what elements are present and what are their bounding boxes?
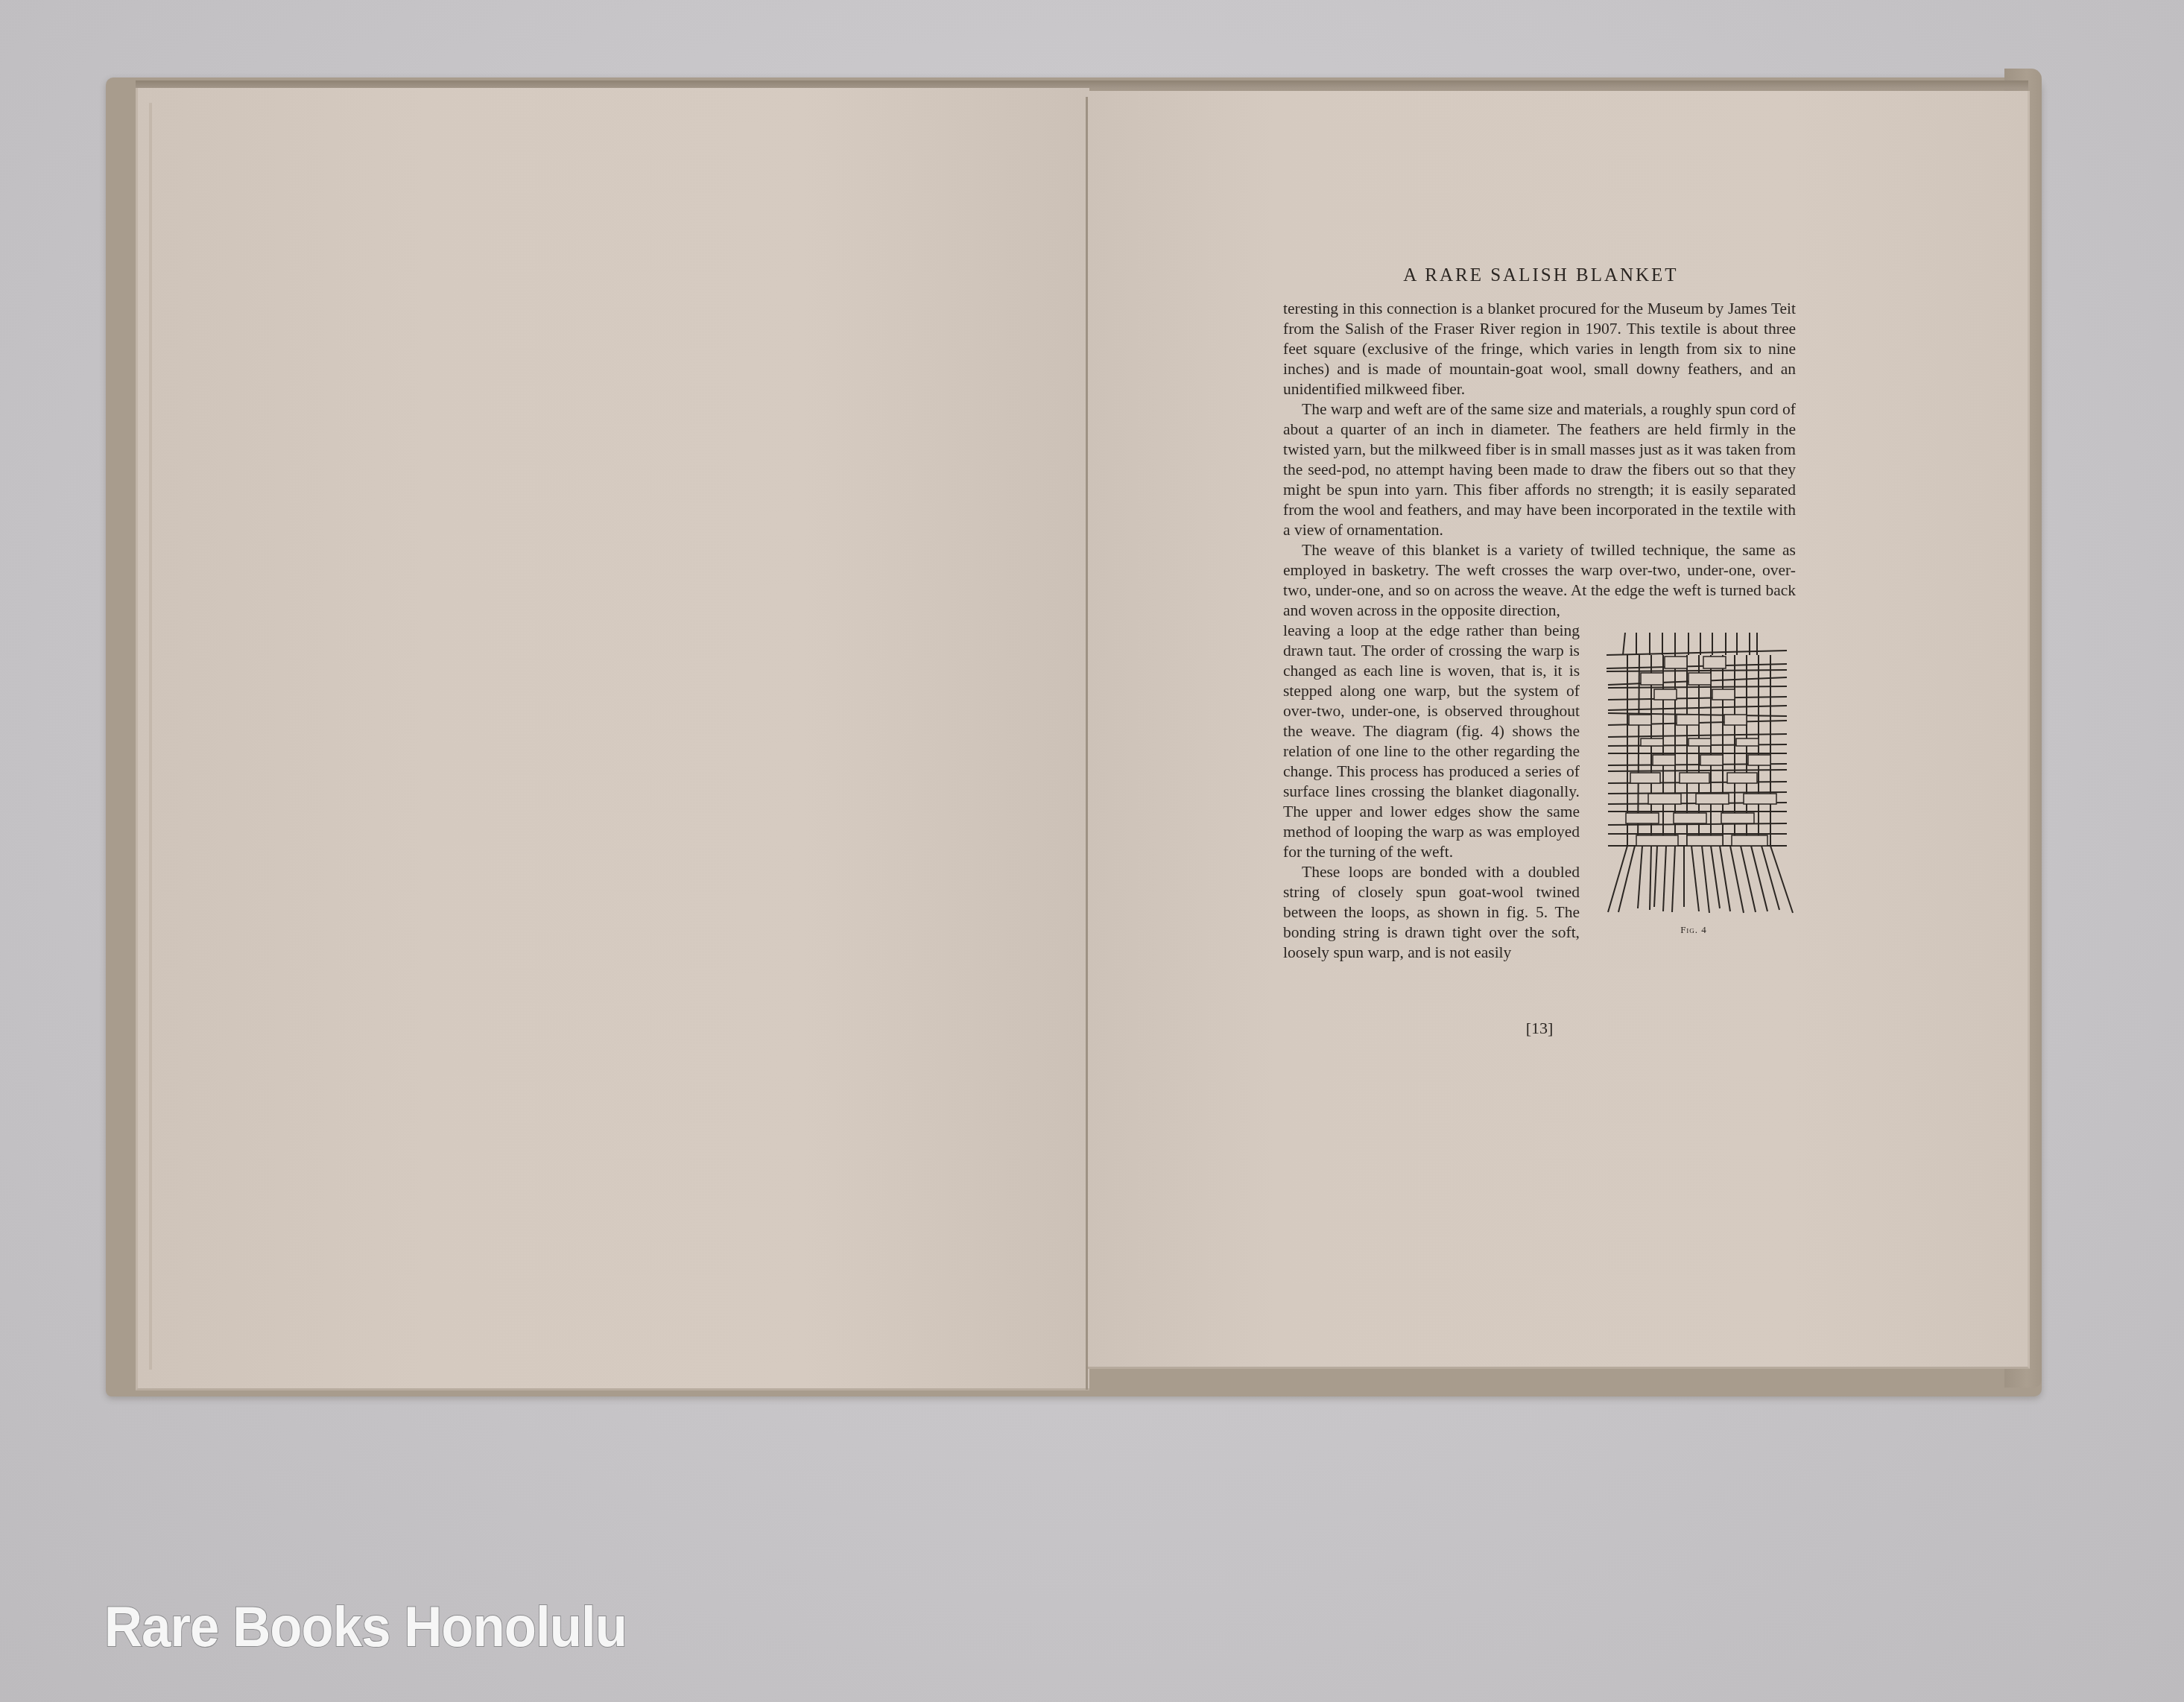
left-page-blank (136, 88, 1089, 1391)
watermark-text: Rare Books Honolulu (104, 1595, 627, 1660)
paragraph-2: The warp and weft are of the same size a… (1283, 399, 1796, 540)
figure-4: Fig. 4 (1592, 625, 1796, 938)
running-head: A RARE SALISH BLANKET (1283, 265, 1796, 287)
right-page-text: A RARE SALISH BLANKET teresting in this … (1283, 265, 1796, 963)
figure-caption: Fig. 4 (1592, 920, 1796, 940)
page-number: [13] (1283, 1019, 1796, 1038)
left-page-deckle-edge (149, 103, 152, 1370)
twill-weave-diagram-icon (1592, 625, 1796, 923)
book-gutter (1086, 97, 1088, 1390)
paragraph-3: The weave of this blanket is a variety o… (1283, 540, 1796, 621)
paragraph-1: teresting in this connection is a blanke… (1283, 299, 1796, 399)
